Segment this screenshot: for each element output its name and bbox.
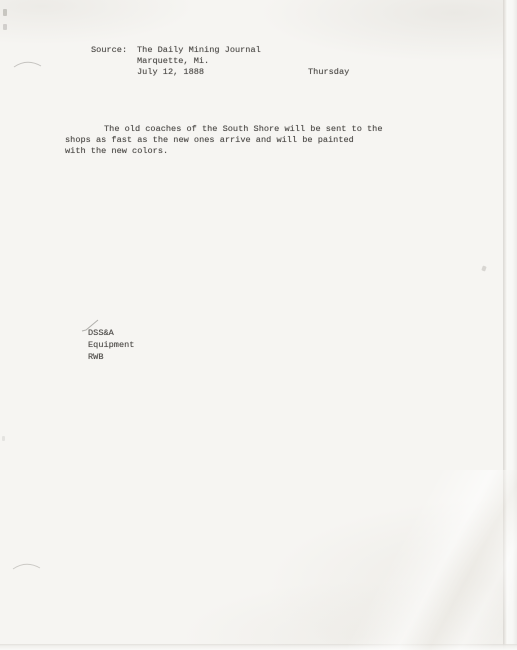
source-weekday: Thursday <box>308 67 349 78</box>
source-location: Marquette, Mi. <box>137 56 209 67</box>
source-label: Source: <box>91 45 127 56</box>
source-journal: The Daily Mining Journal <box>137 45 261 56</box>
index-category: Equipment <box>88 340 134 351</box>
scan-speck <box>3 9 7 16</box>
source-date: July 12, 1888 <box>137 67 204 78</box>
scan-speck <box>3 24 7 30</box>
scan-speck <box>481 265 486 271</box>
body-paragraph-line: with the new colors. <box>65 146 168 157</box>
pencil-check-icon <box>80 318 102 336</box>
page-bottom-edge-shadow <box>0 644 517 650</box>
body-paragraph-line: shops as fast as the new ones arrive and… <box>65 135 354 146</box>
page-right-edge-shadow <box>503 0 517 650</box>
body-paragraph-line: The old coaches of the South Shore will … <box>104 124 382 135</box>
scratch-arc-top-left-icon <box>13 58 43 70</box>
scratch-arc-bottom-left-icon <box>12 560 42 572</box>
index-initials: RWB <box>88 352 103 363</box>
scan-speck <box>2 436 5 441</box>
scanned-document-page: Source: The Daily Mining Journal Marquet… <box>0 0 517 650</box>
